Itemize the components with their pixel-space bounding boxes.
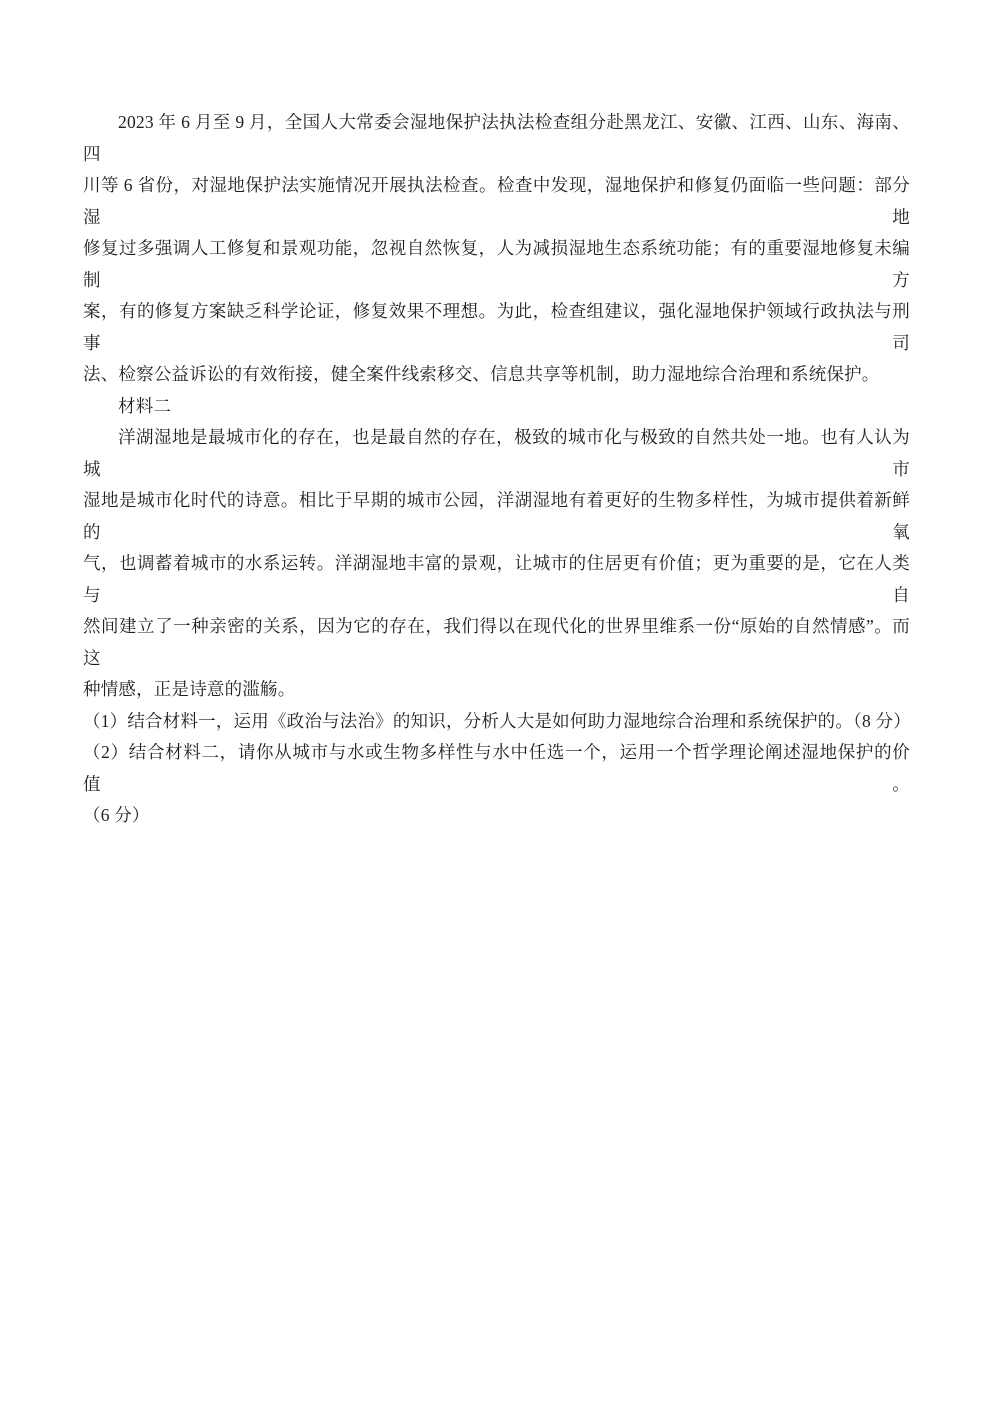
question-1-line: （1）结合材料一，运用《政治与法治》的知识，分析人大是如何助力湿地综合治理和系统… — [83, 706, 910, 738]
material-one-line-2: 川等 6 省份，对湿地保护法实施情况开展执法检查。检查中发现，湿地保护和修复仍面… — [83, 170, 910, 233]
material-two-heading: 材料二 — [83, 391, 910, 423]
material-one-line-3: 修复过多强调人工修复和景观功能，忽视自然恢复，人为减损湿地生态系统功能；有的重要… — [83, 233, 910, 296]
material-one-line-1: 2023 年 6 月至 9 月，全国人大常委会湿地保护法执法检查组分赴黑龙江、安… — [83, 107, 910, 170]
question-2-line-1: （2）结合材料二，请你从城市与水或生物多样性与水中任选一个，运用一个哲学理论阐述… — [83, 737, 910, 800]
material-one-line-5: 法、检察公益诉讼的有效衔接，健全案件线索移交、信息共享等机制，助力湿地综合治理和… — [83, 359, 910, 391]
material-two-line-4: 然间建立了一种亲密的关系，因为它的存在，我们得以在现代化的世界里维系一份“原始的… — [83, 611, 910, 674]
question-2-line-2: （6 分） — [83, 800, 910, 832]
material-one-line-4: 案，有的修复方案缺乏科学论证，修复效果不理想。为此，检查组建议，强化湿地保护领域… — [83, 296, 910, 359]
document-page: 2023 年 6 月至 9 月，全国人大常委会湿地保护法执法检查组分赴黑龙江、安… — [0, 0, 1000, 1414]
material-two-line-5: 种情感，正是诗意的滥觞。 — [83, 674, 910, 706]
exam-text-block: 2023 年 6 月至 9 月，全国人大常委会湿地保护法执法检查组分赴黑龙江、安… — [83, 107, 910, 832]
material-two-line-1: 洋湖湿地是最城市化的存在，也是最自然的存在，极致的城市化与极致的自然共处一地。也… — [83, 422, 910, 485]
material-two-line-2: 湿地是城市化时代的诗意。相比于早期的城市公园，洋湖湿地有着更好的生物多样性，为城… — [83, 485, 910, 548]
material-two-line-3: 气，也调蓄着城市的水系运转。洋湖湿地丰富的景观，让城市的住居更有价值；更为重要的… — [83, 548, 910, 611]
